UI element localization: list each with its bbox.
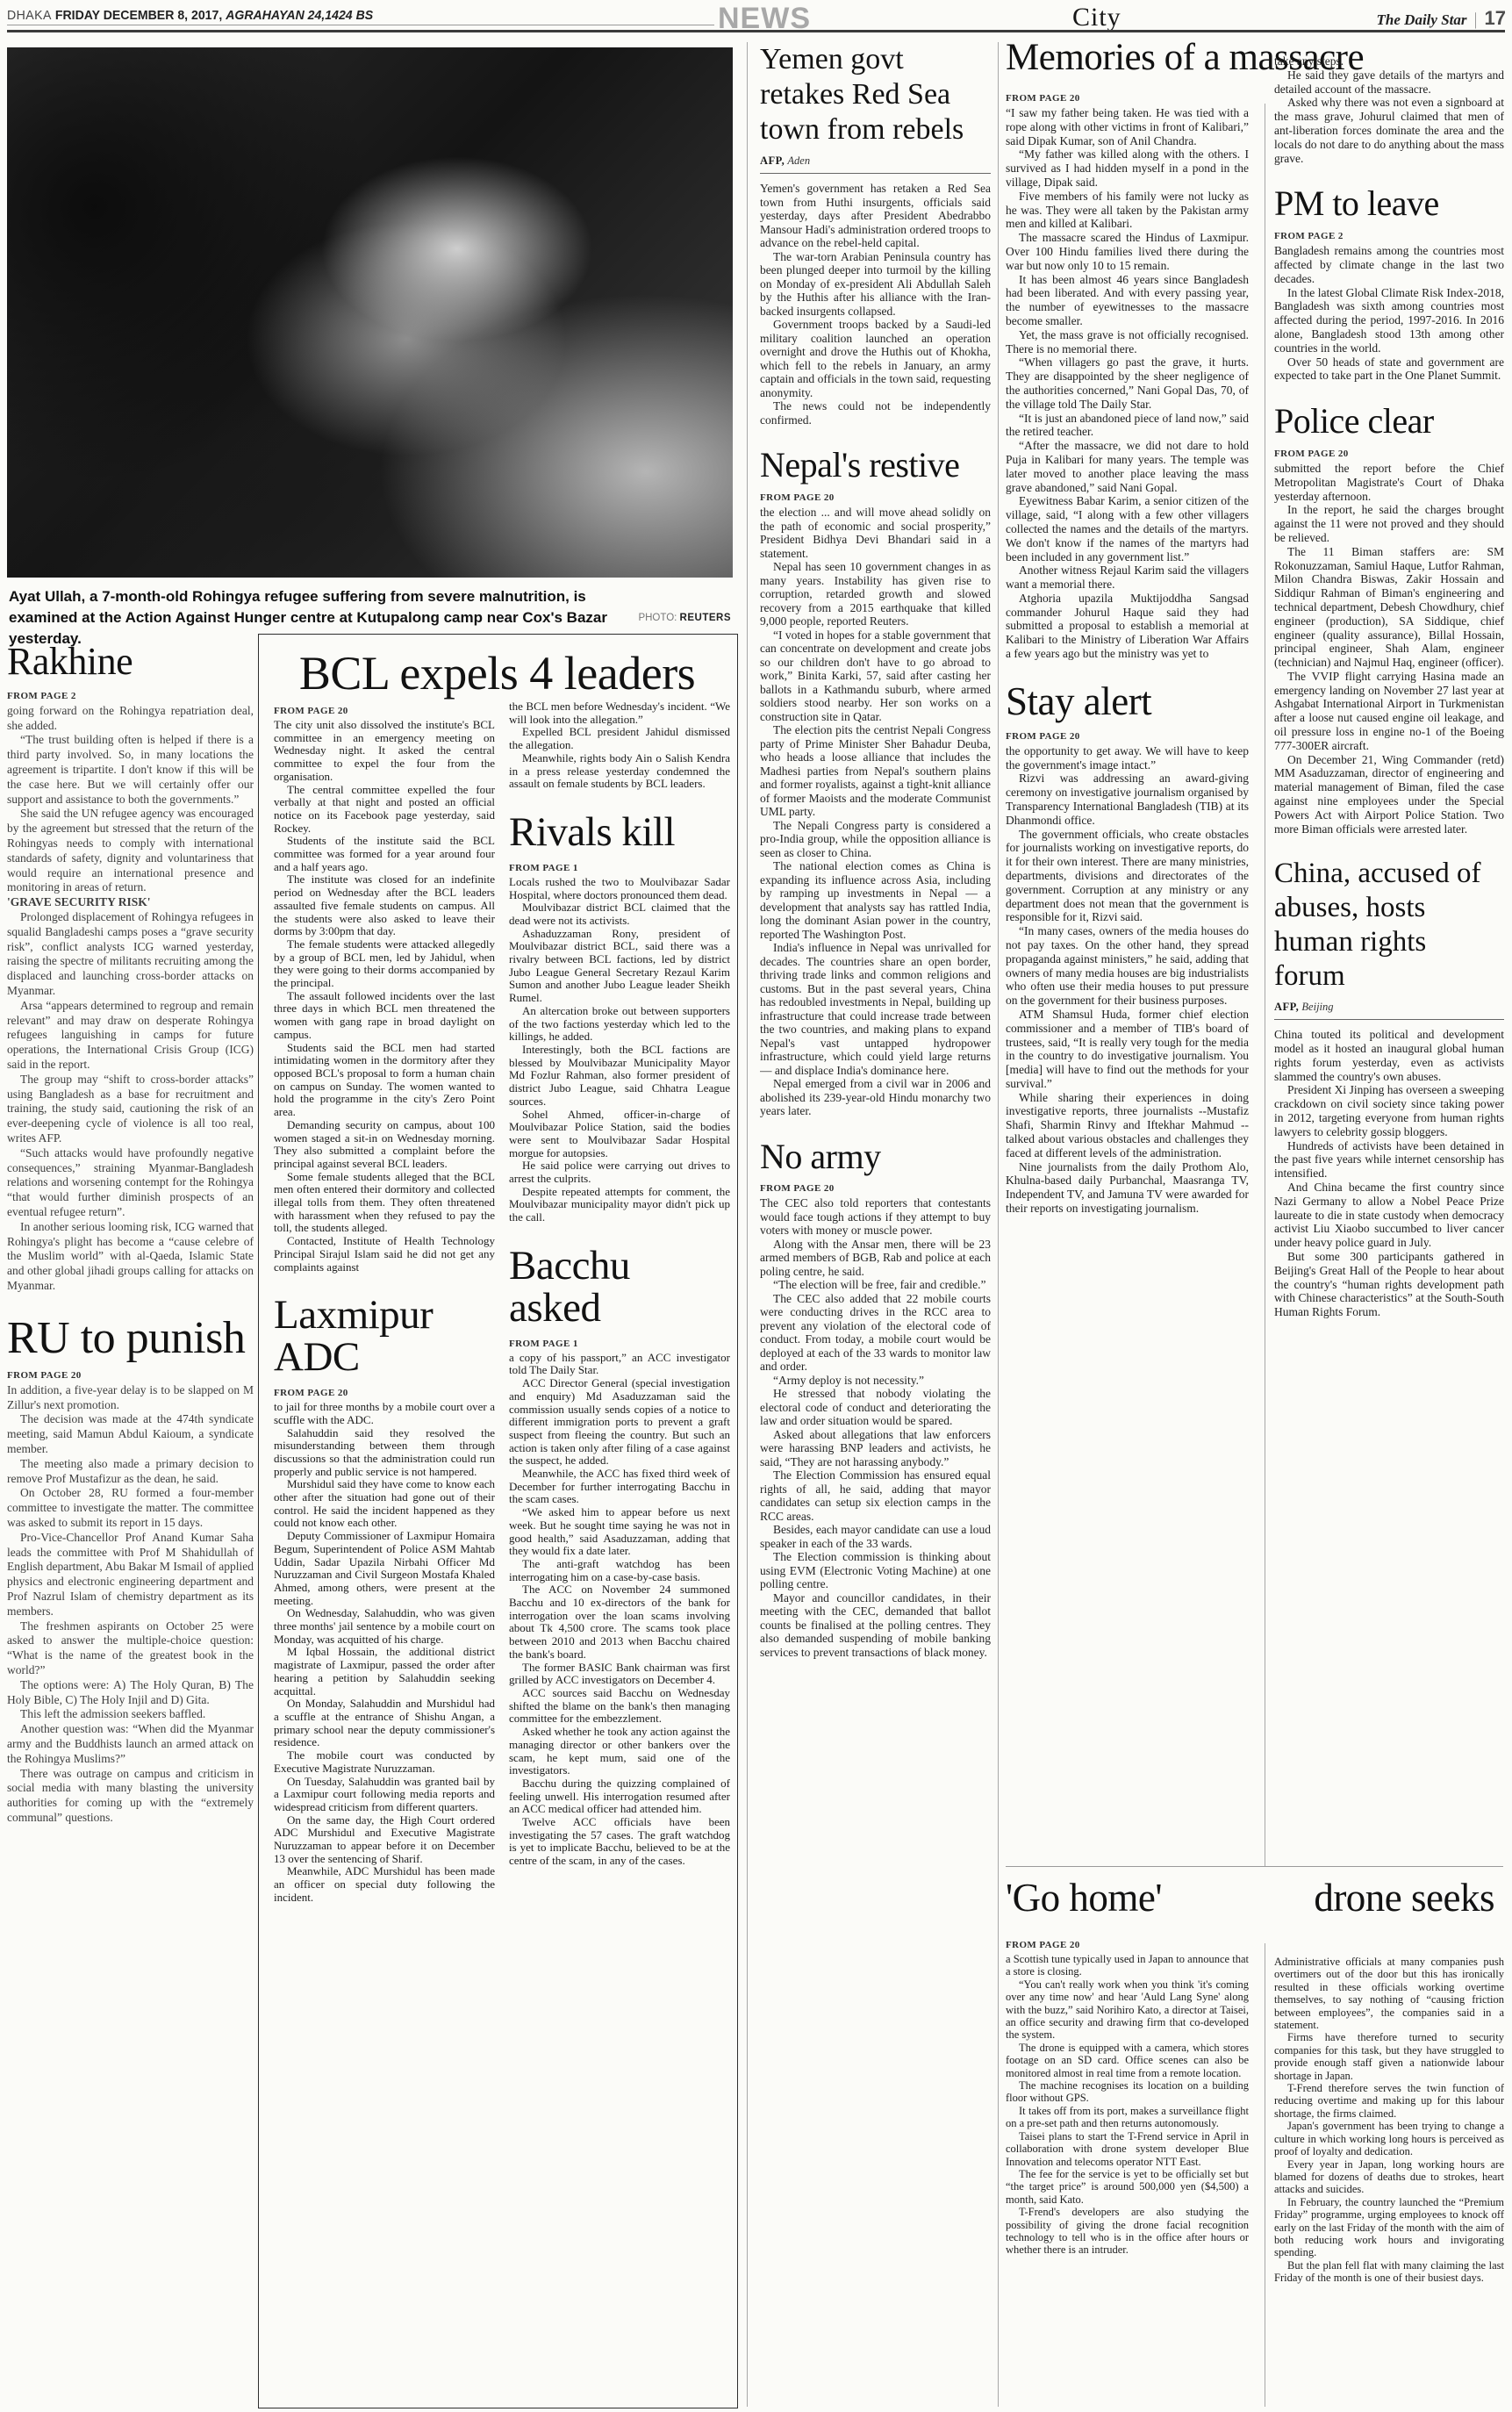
china-byline: AFP, Beijing: [1274, 1001, 1504, 1020]
paragraph: In February, the country launched the “P…: [1274, 2196, 1504, 2259]
photo-credit: PHOTO: REUTERS: [614, 613, 731, 623]
paragraph: The government officials, who create obs…: [1006, 828, 1249, 925]
drone-headline: 'Go home' drone seeks: [1006, 1878, 1494, 1919]
paragraph: Sohel Ahmed, officer-in-charge of Moulvi…: [509, 1109, 730, 1160]
nepal-kicker: FROM PAGE 20: [760, 492, 991, 503]
paragraph: While sharing their experiences in doing…: [1006, 1091, 1249, 1160]
paragraph: On Tuesday, Salahuddin was granted bail …: [274, 1776, 495, 1814]
paragraph: China touted its political and developme…: [1274, 1028, 1504, 1083]
paragraph: Japan's government has been trying to ch…: [1274, 2120, 1504, 2157]
memories-body-col-a: “I saw my father being taken. He was tie…: [1006, 106, 1249, 661]
rakhine-headline: Rakhine: [7, 642, 254, 682]
yemen-byline-place: Aden: [787, 154, 810, 167]
nepal-body: the election ... and will move ahead sol…: [760, 506, 991, 1118]
paragraph: Locals rushed the two to Moulvibazar Sad…: [509, 876, 730, 901]
bcl-body-col-a: The city unit also dissolved the institu…: [274, 719, 495, 1274]
paragraph: Every year in Japan, long working hours …: [1274, 2158, 1504, 2196]
paragraph: In addition, a five-year delay is to be …: [7, 1383, 254, 1413]
article-pm-to-leave: PM to leave FROM PAGE 2 Bangladesh remai…: [1274, 186, 1504, 383]
paragraph: ACC sources said Bacchu on Wednesday shi…: [509, 1687, 730, 1726]
paragraph: “My father was killed along with the oth…: [1006, 147, 1249, 189]
photo-credit-agency: REUTERS: [680, 613, 731, 623]
paragraph: Arsa “appears determined to regroup and …: [7, 999, 254, 1073]
article-memories-col-b: take any steps.He said they gave details…: [1274, 54, 1504, 165]
paragraph: The city unit also dissolved the institu…: [274, 719, 495, 784]
paragraph: He stressed that nobody violating the el…: [760, 1387, 991, 1428]
paragraph: “After the massacre, we did not dare to …: [1006, 439, 1249, 494]
article-memories-col-a: FROM PAGE 20 “I saw my father being take…: [1006, 93, 1249, 661]
paragraph: “Army deploy is not necessity.”: [760, 1374, 991, 1388]
memories-kicker: FROM PAGE 20: [1006, 93, 1249, 104]
rivals-body: Locals rushed the two to Moulvibazar Sad…: [509, 876, 730, 1224]
paragraph: Asked whether he took any action against…: [509, 1726, 730, 1777]
article-yemen: Yemen govt retakes Red Sea town from reb…: [760, 42, 991, 427]
paragraph: On the same day, the High Court ordered …: [274, 1814, 495, 1866]
drone-column-a: FROM PAGE 20 a Scottish tune typically u…: [1006, 1940, 1249, 2407]
paragraph: Murshidul said they have come to know ea…: [274, 1478, 495, 1530]
column-2b: the BCL men before Wednesday's incident.…: [509, 700, 730, 2400]
paragraph: Deputy Commissioner of Laxmipur Homaira …: [274, 1530, 495, 1607]
paragraph: The group may “shift to cross-border att…: [7, 1073, 254, 1146]
article-china-forum: China, accused of abuses, hosts human ri…: [1274, 857, 1504, 1318]
paragraph: The drone is equipped with a camera, whi…: [1006, 2042, 1249, 2079]
drone-headline-left: 'Go home': [1006, 1878, 1162, 1919]
paragraph: The options were: A) The Holy Quran, B) …: [7, 1678, 254, 1708]
paragraph: Meanwhile, ADC Murshidul has been made a…: [274, 1865, 495, 1904]
yemen-byline: AFP, Aden: [760, 154, 991, 174]
paragraph: Contacted, Institute of Health Technolog…: [274, 1235, 495, 1274]
article-rivals-kill: Rivals kill FROM PAGE 1 Locals rushed th…: [509, 812, 730, 1224]
paragraph: Ashaduzzaman Rony, president of Moulviba…: [509, 928, 730, 1005]
paragraph: “I voted in hopes for a stable governmen…: [760, 628, 991, 724]
paragraph: The meeting also made a primary decision…: [7, 1457, 254, 1487]
paragraph: Yet, the mass grave is not officially re…: [1006, 328, 1249, 356]
paragraph: M Iqbal Hossain, the additional district…: [274, 1646, 495, 1698]
ru-body: In addition, a five-year delay is to be …: [7, 1383, 254, 1826]
paragraph: “The trust building often is helped if t…: [7, 733, 254, 807]
paragraph: Bacchu during the quizzing complained of…: [509, 1777, 730, 1816]
paragraph: He said police were carrying out drives …: [509, 1159, 730, 1185]
drone-kicker: FROM PAGE 20: [1006, 1940, 1249, 1950]
drone-column-b: Administrative officials at many compani…: [1274, 1956, 1504, 2407]
paragraph: In the report, he said the charges broug…: [1274, 503, 1504, 544]
paragraph: Firms have therefore turned to security …: [1274, 2031, 1504, 2082]
paragraph: The national election comes as China is …: [760, 859, 991, 941]
paragraph: An altercation broke out between support…: [509, 1005, 730, 1044]
header-dark-rule: [7, 30, 1505, 32]
china-headline: China, accused of abuses, hosts human ri…: [1274, 857, 1504, 994]
article-ru-to-punish: RU to punish FROM PAGE 20 In addition, a…: [7, 1315, 254, 1826]
drone-body-col-b: Administrative officials at many compani…: [1274, 1956, 1504, 2285]
paragraph: the election ... and will move ahead sol…: [760, 506, 991, 560]
paragraph: The central committee expelled the four …: [274, 784, 495, 836]
paragraph: Hundreds of activists have been detained…: [1274, 1139, 1504, 1181]
stayalert-body: the opportunity to get away. We will hav…: [1006, 744, 1249, 1216]
bacchu-body: a copy of his passport,” an ACC investig…: [509, 1352, 730, 1868]
rivals-headline: Rivals kill: [509, 812, 730, 854]
paragraph: Besides, each mayor candidate can use a …: [760, 1523, 991, 1550]
paragraph: On Wednesday, Salahuddin, who was given …: [274, 1607, 495, 1646]
paragraph: to jail for three months by a mobile cou…: [274, 1401, 495, 1426]
paragraph: The female students were attacked allege…: [274, 938, 495, 990]
column-3: Yemen govt retakes Red Sea town from reb…: [760, 42, 991, 2407]
paragraph: Another witness Rejaul Karim said the vi…: [1006, 564, 1249, 592]
paragraph: Pro-Vice-Chancellor Prof Anand Kumar Sah…: [7, 1531, 254, 1619]
paragraph: But some 300 participants gathered in Be…: [1274, 1250, 1504, 1319]
paragraph: the opportunity to get away. We will hav…: [1006, 744, 1249, 772]
paragraph: In the latest Global Climate Risk Index-…: [1274, 286, 1504, 355]
paragraph: ACC Director General (special investigat…: [509, 1377, 730, 1468]
paragraph: She said the UN refugee agency was encou…: [7, 807, 254, 895]
paragraph: “In many cases, owners of the media hous…: [1006, 924, 1249, 1008]
pm-body: Bangladesh remains among the countries m…: [1274, 244, 1504, 383]
paragraph: Government troops backed by a Saudi-led …: [760, 318, 991, 399]
paragraph: It takes off from its port, makes a surv…: [1006, 2105, 1249, 2130]
paragraph: “You can't really work when you think 'i…: [1006, 1978, 1249, 2042]
column-4: FROM PAGE 20 “I saw my father being take…: [1006, 93, 1249, 1861]
body-subhead: 'GRAVE SECURITY RISK': [7, 895, 254, 910]
masthead-divider: |: [1474, 10, 1478, 30]
pm-kicker: FROM PAGE 2: [1274, 231, 1504, 241]
paragraph: Some female students alleged that the BC…: [274, 1171, 495, 1236]
paragraph: Salahuddin said they resolved the misund…: [274, 1427, 495, 1479]
paragraph: Taisei plans to start the T-Frend servic…: [1006, 2130, 1249, 2168]
laxmipur-kicker: FROM PAGE 20: [274, 1388, 495, 1398]
paragraph: “I saw my father being taken. He was tie…: [1006, 106, 1249, 147]
paragraph: Meanwhile, rights body Ain o Salish Kend…: [509, 752, 730, 791]
china-byline-place: Beijing: [1301, 1001, 1333, 1013]
paragraph: Interestingly, both the BCL factions are…: [509, 1044, 730, 1109]
paragraph: The assault followed incidents over the …: [274, 990, 495, 1042]
police-kicker: FROM PAGE 20: [1274, 449, 1504, 459]
yemen-headline: Yemen govt retakes Red Sea town from reb…: [760, 42, 991, 147]
article-bacchu-asked: Bacchu asked FROM PAGE 1 a copy of his p…: [509, 1245, 730, 1868]
laxmipur-body: to jail for three months by a mobile cou…: [274, 1401, 495, 1904]
paragraph: The 11 Biman staffers are: SM Rokonuzzam…: [1274, 545, 1504, 670]
article-police-clear: Police clear FROM PAGE 20 submitted the …: [1274, 404, 1504, 836]
drone-headline-right: drone seeks: [1314, 1878, 1494, 1919]
drone-body-col-a: a Scottish tune typically used in Japan …: [1006, 1953, 1249, 2257]
paragraph: the BCL men before Wednesday's incident.…: [509, 700, 730, 726]
page-number: 17: [1485, 7, 1506, 30]
dateline-date: FRIDAY DECEMBER 8, 2017,: [55, 8, 222, 23]
paragraph: The machine recognises its location on a…: [1006, 2079, 1249, 2105]
laxmipur-headline: Laxmipur ADC: [274, 1295, 495, 1379]
paragraph: Demanding security on campus, about 100 …: [274, 1119, 495, 1171]
paragraph: Nepal emerged from a civil war in 2006 a…: [760, 1077, 991, 1118]
rivals-kicker: FROM PAGE 1: [509, 863, 730, 873]
paragraph: And China became the first country since…: [1274, 1181, 1504, 1250]
china-byline-agency: AFP,: [1274, 1001, 1299, 1013]
paragraph: The mobile court was conducted by Execut…: [274, 1749, 495, 1775]
paragraph: He said they gave details of the martyrs…: [1274, 68, 1504, 97]
article-stay-alert: Stay alert FROM PAGE 20 the opportunity …: [1006, 682, 1249, 1216]
stayalert-kicker: FROM PAGE 20: [1006, 731, 1249, 742]
paragraph: Moulvibazar district BCL claimed that th…: [509, 901, 730, 927]
paragraph: T-Frend's developers are also studying t…: [1006, 2206, 1249, 2257]
bcl-body-col-b: the BCL men before Wednesday's incident.…: [509, 700, 730, 791]
paragraph: Eyewitness Babar Karim, a senior citizen…: [1006, 494, 1249, 564]
paragraph: The CEC also added that 22 mobile courts…: [760, 1292, 991, 1374]
paragraph: “When villagers go past the grave, it hu…: [1006, 355, 1249, 411]
paragraph: India's influence in Nepal was unrivalle…: [760, 941, 991, 1077]
paragraph: There was outrage on campus and criticis…: [7, 1767, 254, 1826]
article-drone-col-a: FROM PAGE 20 a Scottish tune typically u…: [1006, 1940, 1249, 2257]
ru-headline: RU to punish: [7, 1315, 254, 1361]
column-rule-3b: [1265, 1943, 1265, 2407]
paragraph: Asked about allegations that law enforce…: [760, 1428, 991, 1469]
column-1: Rakhine FROM PAGE 2 going forward on the…: [7, 642, 254, 2407]
paragraph: On October 28, RU formed a four-member c…: [7, 1486, 254, 1530]
column-rule-3: [1265, 104, 1265, 1866]
memories-body-col-b: take any steps.He said they gave details…: [1274, 54, 1504, 165]
paragraph: Atghoria upazila Muktijoddha Sangsad com…: [1006, 592, 1249, 661]
article-bcl-col-a: FROM PAGE 20 The city unit also dissolve…: [274, 706, 495, 1274]
paragraph: Rizvi was addressing an award-giving cer…: [1006, 772, 1249, 827]
paragraph: The institute was closed for an indefini…: [274, 873, 495, 938]
paragraph: The anti-graft watchdog has been interro…: [509, 1558, 730, 1583]
paragraph: The massacre scared the Hindus of Laxmip…: [1006, 231, 1249, 272]
paragraph: Despite repeated attempts for comment, t…: [509, 1186, 730, 1224]
article-bcl-col-b: the BCL men before Wednesday's incident.…: [509, 700, 730, 791]
article-laxmipur-adc: Laxmipur ADC FROM PAGE 20 to jail for th…: [274, 1295, 495, 1904]
paragraph: The CEC also told reporters that contest…: [760, 1196, 991, 1238]
paragraph: “It is just an abandoned piece of land n…: [1006, 412, 1249, 440]
article-no-army: No army FROM PAGE 20 The CEC also told r…: [760, 1139, 991, 1660]
paragraph: The freshmen aspirants on October 25 wer…: [7, 1619, 254, 1678]
paragraph: Prolonged displacement of Rohingya refug…: [7, 910, 254, 999]
header-thin-rule: [7, 25, 714, 25]
paragraph: In another serious looming risk, ICG war…: [7, 1220, 254, 1294]
rakhine-kicker: FROM PAGE 2: [7, 691, 254, 701]
paragraph: The Election Commission has ensured equa…: [760, 1468, 991, 1523]
column-rule-1: [747, 42, 748, 2407]
paragraph: a Scottish tune typically used in Japan …: [1006, 1953, 1249, 1978]
ru-kicker: FROM PAGE 20: [7, 1370, 254, 1381]
paragraph: Five members of his family were not luck…: [1006, 190, 1249, 231]
police-headline: Police clear: [1274, 404, 1504, 440]
paragraph: submitted the report before the Chief Me…: [1274, 462, 1504, 503]
column-rule-2: [998, 42, 999, 2407]
stayalert-headline: Stay alert: [1006, 682, 1249, 722]
drone-section-rule: [1006, 1866, 1503, 1867]
paragraph: The news could not be independently conf…: [760, 399, 991, 427]
paragraph: President Xi Jinping has overseen a swee…: [1274, 1083, 1504, 1138]
article-drone-col-b: Administrative officials at many compani…: [1274, 1956, 1504, 2285]
pm-headline: PM to leave: [1274, 186, 1504, 222]
paragraph: Students of the institute said the BCL c…: [274, 835, 495, 873]
paragraph: The war-torn Arabian Peninsula country h…: [760, 250, 991, 319]
noarmy-body: The CEC also told reporters that contest…: [760, 1196, 991, 1659]
paragraph: The Election commission is thinking abou…: [760, 1550, 991, 1591]
paragraph: The ACC on November 24 summoned Bacchu a…: [509, 1583, 730, 1661]
paragraph: a copy of his passport,” an ACC investig…: [509, 1352, 730, 1377]
photo-credit-label: PHOTO:: [638, 613, 677, 623]
nepal-headline: Nepal's restive: [760, 448, 991, 484]
paragraph: Bangladesh remains among the countries m…: [1274, 244, 1504, 285]
paragraph: ATM Shamsul Huda, former chief election …: [1006, 1008, 1249, 1091]
paragraph: “The election will be free, fair and cre…: [760, 1278, 991, 1292]
paragraph: Administrative officials at many compani…: [1274, 1956, 1504, 2031]
paragraph: The decision was made at the 474th syndi…: [7, 1412, 254, 1456]
paragraph: Nine journalists from the daily Prothom …: [1006, 1160, 1249, 1216]
newspaper-page: DHAKA FRIDAY DECEMBER 8, 2017, AGRAHAYAN…: [0, 0, 1512, 2412]
paragraph: Students said the BCL men had started in…: [274, 1042, 495, 1119]
paragraph: T-Frend therefore serves the twin functi…: [1274, 2082, 1504, 2120]
paragraph: Mayor and councillor candidates, in thei…: [760, 1591, 991, 1660]
police-body: submitted the report before the Chief Me…: [1274, 462, 1504, 836]
bacchu-kicker: FROM PAGE 1: [509, 1339, 730, 1349]
paper-name: The Daily Star: [1377, 11, 1467, 29]
paragraph: This left the admission seekers baffled.: [7, 1707, 254, 1722]
paragraph: going forward on the Rohingya repatriati…: [7, 704, 254, 734]
paragraph: “We asked him to appear before us next w…: [509, 1506, 730, 1558]
section-title-city: City: [1072, 3, 1121, 32]
photo-rohingya-baby: [7, 47, 733, 578]
paragraph: Twelve ACC officials have been investiga…: [509, 1816, 730, 1868]
paragraph: The fee for the service is yet to be off…: [1006, 2168, 1249, 2206]
paragraph: But the plan fell flat with many claimin…: [1274, 2259, 1504, 2285]
masthead: The Daily Star | 17: [1339, 7, 1506, 30]
column-5: take any steps.He said they gave details…: [1274, 54, 1504, 1861]
paragraph: take any steps.: [1274, 54, 1504, 68]
yemen-byline-agency: AFP,: [760, 154, 785, 167]
dateline-bangla-date: AGRAHAYAN 24,1424 BS: [226, 8, 373, 23]
bacchu-headline: Bacchu asked: [509, 1245, 730, 1330]
paragraph: Asked why there was not even a signboard…: [1274, 96, 1504, 165]
paragraph: The election pits the centrist Nepali Co…: [760, 723, 991, 819]
noarmy-kicker: FROM PAGE 20: [760, 1183, 991, 1194]
yemen-body: Yemen's government has retaken a Red Sea…: [760, 182, 991, 427]
noarmy-headline: No army: [760, 1139, 991, 1175]
paragraph: On December 21, Wing Commander (retd) MM…: [1274, 753, 1504, 836]
rakhine-body: going forward on the Rohingya repatriati…: [7, 704, 254, 1294]
article-rakhine: Rakhine FROM PAGE 2 going forward on the…: [7, 642, 254, 1294]
paragraph: Nepal has seen 10 government changes in …: [760, 560, 991, 628]
paragraph: Another question was: “When did the Myan…: [7, 1722, 254, 1766]
china-body: China touted its political and developme…: [1274, 1028, 1504, 1319]
paragraph: Along with the Ansar men, there will be …: [760, 1238, 991, 1279]
paragraph: The VVIP flight carrying Hasina made an …: [1274, 670, 1504, 753]
dateline-city: DHAKA: [7, 8, 52, 23]
article-nepal-restive: Nepal's restive FROM PAGE 20 the electio…: [760, 448, 991, 1117]
paragraph: It has been almost 46 years since Bangla…: [1006, 273, 1249, 328]
paragraph: “Such attacks would have profoundly nega…: [7, 1146, 254, 1220]
bcl-headline: BCL expels 4 leaders: [260, 650, 735, 698]
column-2a: FROM PAGE 20 The city unit also dissolve…: [274, 706, 495, 2400]
paragraph: Over 50 heads of state and government ar…: [1274, 355, 1504, 384]
paragraph: Meanwhile, the ACC has fixed third week …: [509, 1468, 730, 1506]
paragraph: Yemen's government has retaken a Red Sea…: [760, 182, 991, 250]
dateline: DHAKA FRIDAY DECEMBER 8, 2017, AGRAHAYAN…: [7, 8, 373, 23]
paragraph: The former BASIC Bank chairman was first…: [509, 1662, 730, 1687]
bcl-kicker: FROM PAGE 20: [274, 706, 495, 716]
paragraph: Expelled BCL president Jahidul dismissed…: [509, 726, 730, 751]
paragraph: The Nepali Congress party is considered …: [760, 819, 991, 860]
paragraph: On Monday, Salahuddin and Murshidul had …: [274, 1698, 495, 1749]
